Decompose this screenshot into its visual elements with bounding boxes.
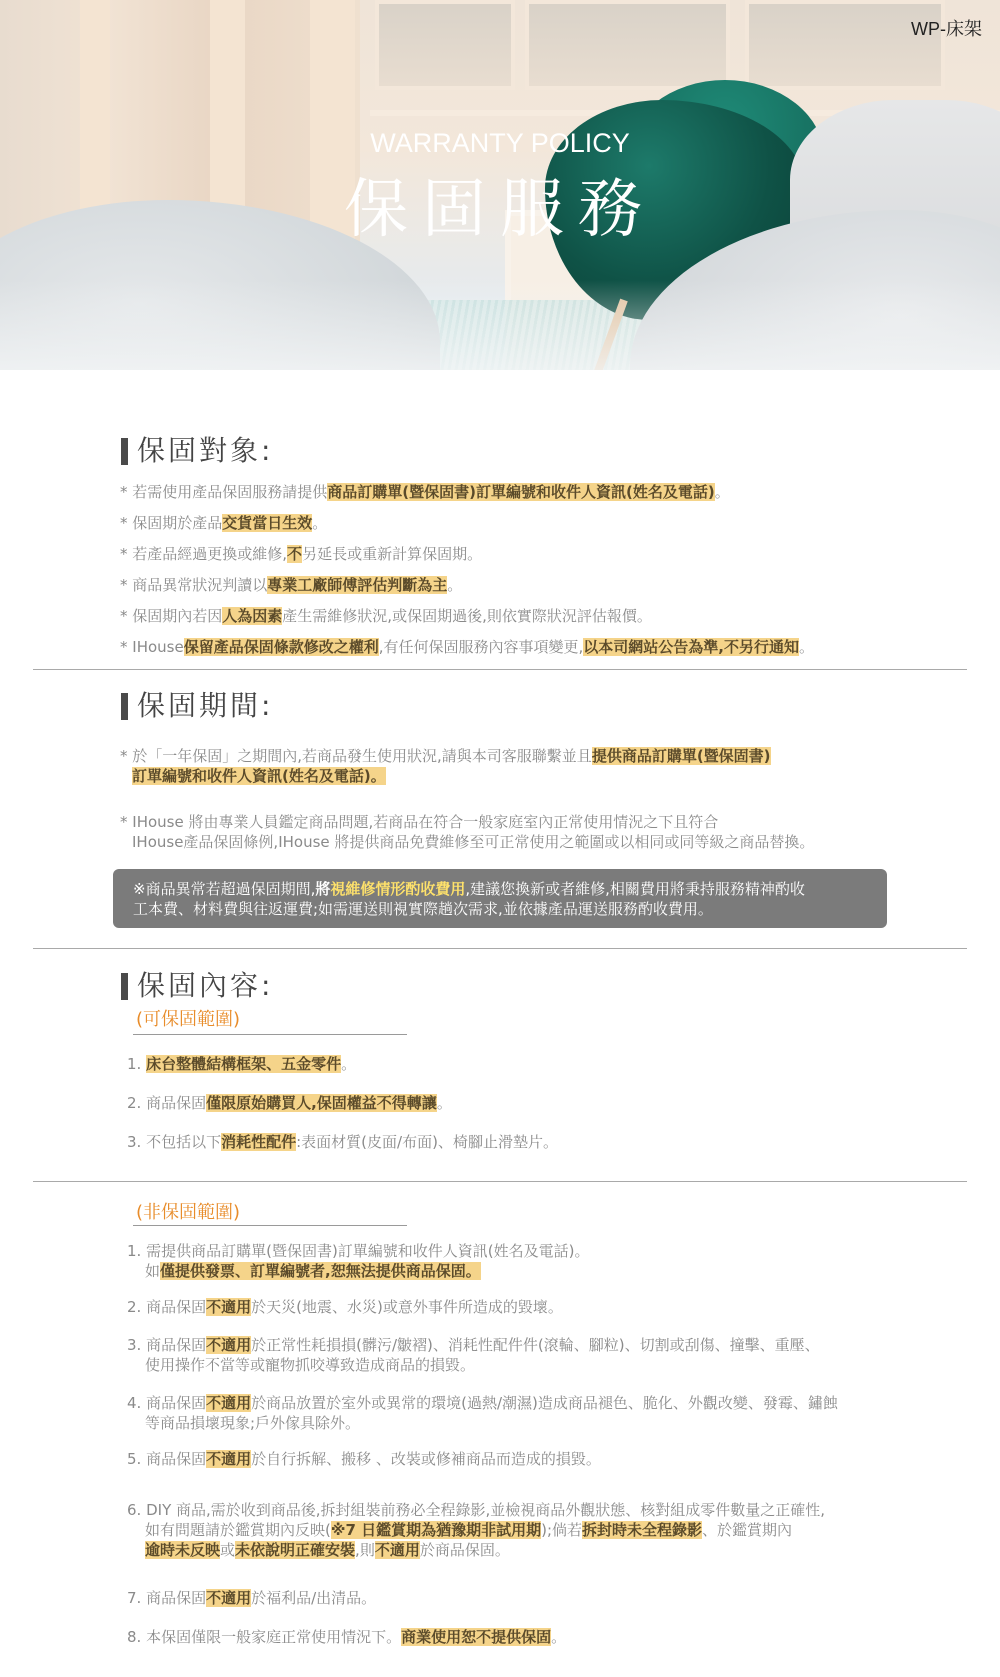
warranty-period-paragraph-1: * 於「一年保固」之期間內,若商品發生使用狀況,請與本司客服聯繫並且提供商品訂購… (120, 746, 771, 786)
hero-decor (525, 0, 730, 90)
list-item: 6. DIY 商品,需於收到商品後,拆封組裝前務必全程錄影,並檢視商品外觀狀態、… (127, 1500, 838, 1588)
list-item: * 若需使用產品保固服務請提供商品訂購單(暨保固書)訂單編號和收件人資訊(姓名及… (120, 477, 814, 508)
section-divider (33, 948, 967, 949)
list-item: * 保固期內若因人為因素產生需維修狀況,或保固期過後,則依實際狀況評估報價。 (120, 601, 814, 632)
hero-decor (745, 0, 945, 90)
warranty-period-paragraph-2: * IHouse 將由專業人員鑑定商品問題,若商品在符合一般家庭室內正常使用情況… (120, 812, 814, 852)
list-item: 4. 商品保固不適用於商品放置於室外或異常的環境(過熱/潮濕)造成商品褪色、脆化… (127, 1393, 838, 1449)
section-title-warranty-period: 保固期間: (121, 690, 273, 722)
list-item: 1. 需提供商品訂購單(暨保固書)訂單編號和收件人資訊(姓名及電話)。 如僅提供… (127, 1241, 838, 1297)
subtitle-underline (133, 1225, 407, 1226)
list-item: 3. 商品保固不適用於正常性耗損損(髒污/皺褶)、消耗性配件件(滾輪、腳粒)、切… (127, 1335, 838, 1393)
subtitle-underline (133, 1034, 407, 1035)
coverage-target-list: * 若需使用產品保固服務請提供商品訂購單(暨保固書)訂單編號和收件人資訊(姓名及… (120, 477, 814, 663)
covered-list: 1. 床台整體結構框架、五金零件。 2. 商品保固僅限原始購買人,保固權益不得轉… (127, 1054, 558, 1171)
list-item: * IHouse保留產品保固條款修改之權利,有任何保固服務內容事項變更,以本司網… (120, 632, 814, 663)
subtitle-covered: (可保固範圍) (136, 1005, 240, 1031)
section-divider (33, 1181, 967, 1182)
hero-decor (375, 0, 515, 90)
list-item: 1. 床台整體結構框架、五金零件。 (127, 1054, 558, 1093)
hero-decor (0, 280, 1000, 370)
list-item: 7. 商品保固不適用於福利品/出清品。 (127, 1588, 838, 1627)
hero-banner: WP-床架 WARRANTY POLICY 保固服務 (0, 0, 1000, 370)
list-item: 5. 商品保固不適用於自行拆解、搬移 、改裝或修補商品而造成的損毀。 (127, 1449, 838, 1500)
list-item: * 保固期於產品交貨當日生效。 (120, 508, 814, 539)
section-divider (33, 669, 967, 670)
hero-title-zh: 保固服務 (0, 158, 1000, 250)
subtitle-not-covered: (非保固範圍) (136, 1198, 240, 1224)
list-item: 2. 商品保固不適用於天災(地震、水災)或意外事件所造成的毀壞。 (127, 1297, 838, 1335)
section-title-warranty-content: 保固內容: (121, 970, 273, 1002)
list-item: 3. 不包括以下消耗性配件:表面材質(皮面/布面)、椅腳止滑墊片。 (127, 1132, 558, 1171)
list-item: * 若產品經過更換或維修,不另延長或重新計算保固期。 (120, 539, 814, 570)
hero-title-en: WARRANTY POLICY (0, 128, 1000, 159)
list-item: 2. 商品保固僅限原始購買人,保固權益不得轉讓。 (127, 1093, 558, 1132)
section-title-coverage-target: 保固對象: (121, 435, 273, 467)
not-covered-list: 1. 需提供商品訂購單(暨保固書)訂單編號和收件人資訊(姓名及電話)。 如僅提供… (127, 1241, 838, 1657)
list-item: * 商品異常狀況判讀以專業工廠師傅評估判斷為主。 (120, 570, 814, 601)
list-item: 8. 本保固僅限一般家庭正常使用情況下。商業使用恕不提供保固。 (127, 1627, 838, 1657)
out-of-warranty-note: ※商品異常若超過保固期間,將視維修情形酌收費用,建議您換新或者維修,相關費用將秉… (113, 869, 887, 928)
product-code: WP-床架 (911, 15, 982, 41)
